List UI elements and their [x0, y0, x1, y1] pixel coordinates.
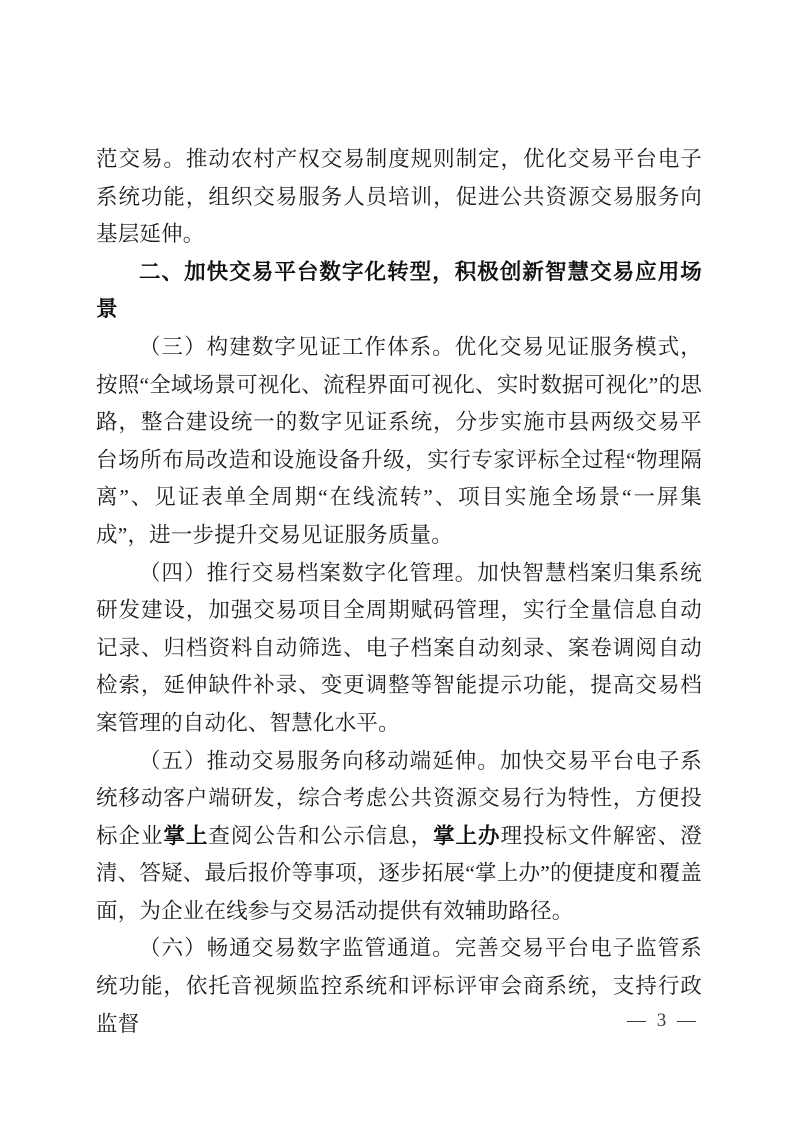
text-run: 查阅公告和公示信息， [208, 824, 433, 848]
text-run: （三）构建数字见证工作体系。优化交易见证服务模式，按照“全域场景可视化、流程界面… [96, 335, 702, 547]
page-number: — 3 — [627, 1010, 699, 1031]
text-run: （六）畅通交易数字监管通道。完善交易平台电子监管系统功能，依托音视频监控系统和评… [96, 936, 702, 1035]
paragraph-item-5: （五）推动交易服务向移动端延伸。加快交易平台电子系统移动客户端研发，综合考虑公共… [96, 743, 702, 931]
paragraph-item-6: （六）畅通交易数字监管通道。完善交易平台电子监管系统功能，依托音视频监控系统和评… [96, 930, 702, 1043]
paragraph-item-3: （三）构建数字见证工作体系。优化交易见证服务模式，按照“全域场景可视化、流程界面… [96, 329, 702, 555]
text-run: （四）推行交易档案数字化管理。加快智慧档案归集系统研发建设，加强交易项目全周期赋… [96, 561, 702, 735]
paragraph-continuation: 范交易。推动农村产权交易制度规则制定，优化交易平台电子系统功能，组织交易服务人员… [96, 141, 702, 254]
document-page: 范交易。推动农村产权交易制度规则制定，优化交易平台电子系统功能，组织交易服务人员… [0, 0, 793, 1122]
emphasis-text: 掌上 [163, 824, 208, 848]
text-run: 二、加快交易平台数字化转型，积极创新智慧交易应用场景 [96, 260, 702, 322]
page-footer: — 3 — [627, 1006, 699, 1036]
emphasis-text: 掌上办 [433, 824, 500, 848]
section-heading: 二、加快交易平台数字化转型，积极创新智慧交易应用场景 [96, 254, 702, 329]
text-run: 范交易。推动农村产权交易制度规则制定，优化交易平台电子系统功能，组织交易服务人员… [96, 147, 702, 246]
paragraph-item-4: （四）推行交易档案数字化管理。加快智慧档案归集系统研发建设，加强交易项目全周期赋… [96, 555, 702, 743]
document-body: 范交易。推动农村产权交易制度规则制定，优化交易平台电子系统功能，组织交易服务人员… [96, 141, 702, 1043]
